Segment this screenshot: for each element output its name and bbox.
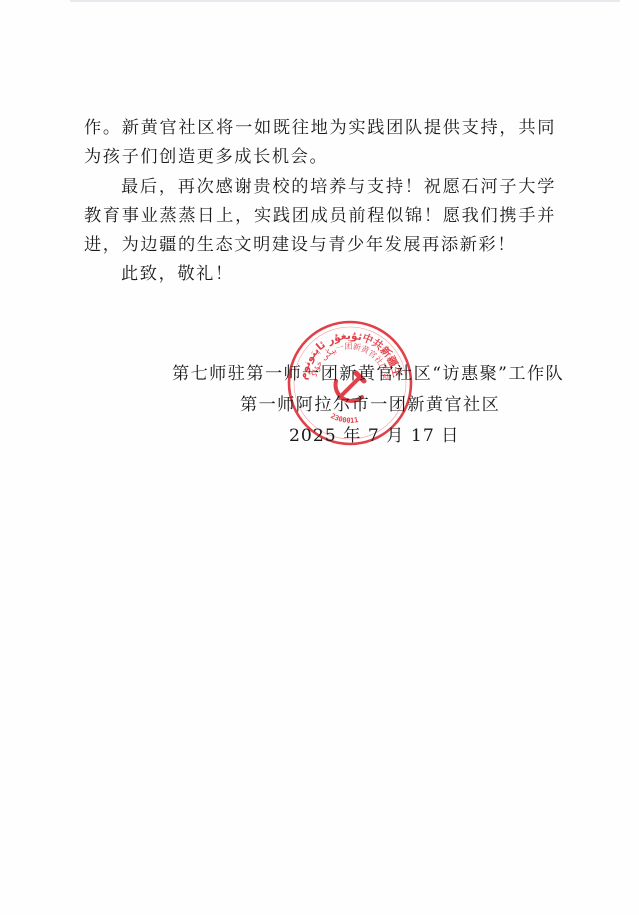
signature-work-team: 第七师驻第一师一团新黄官社区“访惠聚”工作队 (172, 363, 564, 385)
paragraph-continuation: 作。新黄官社区将一如既往地为实践团队提供支持，共同为孩子们创造更多成长机会。 (84, 114, 556, 173)
paragraph-closing-wishes: 最后，再次感谢贵校的培养与支持！祝愿石河子大学教育事业蒸蒸日上，实践团成员前程似… (84, 173, 556, 261)
signature-community: 第一师阿拉尔市一团新黄官社区 (240, 394, 500, 416)
signature-date: 2025 年 7 月 17 日 (289, 425, 459, 447)
salutation-closing: 此致，敬礼！ (84, 260, 556, 289)
scan-edge-line (70, 0, 620, 2)
letter-body: 作。新黄官社区将一如既往地为实践团队提供支持，共同为孩子们创造更多成长机会。 最… (84, 114, 556, 290)
letter-page: 作。新黄官社区将一如既往地为实践团队提供支持，共同为孩子们创造更多成长机会。 最… (0, 0, 639, 915)
